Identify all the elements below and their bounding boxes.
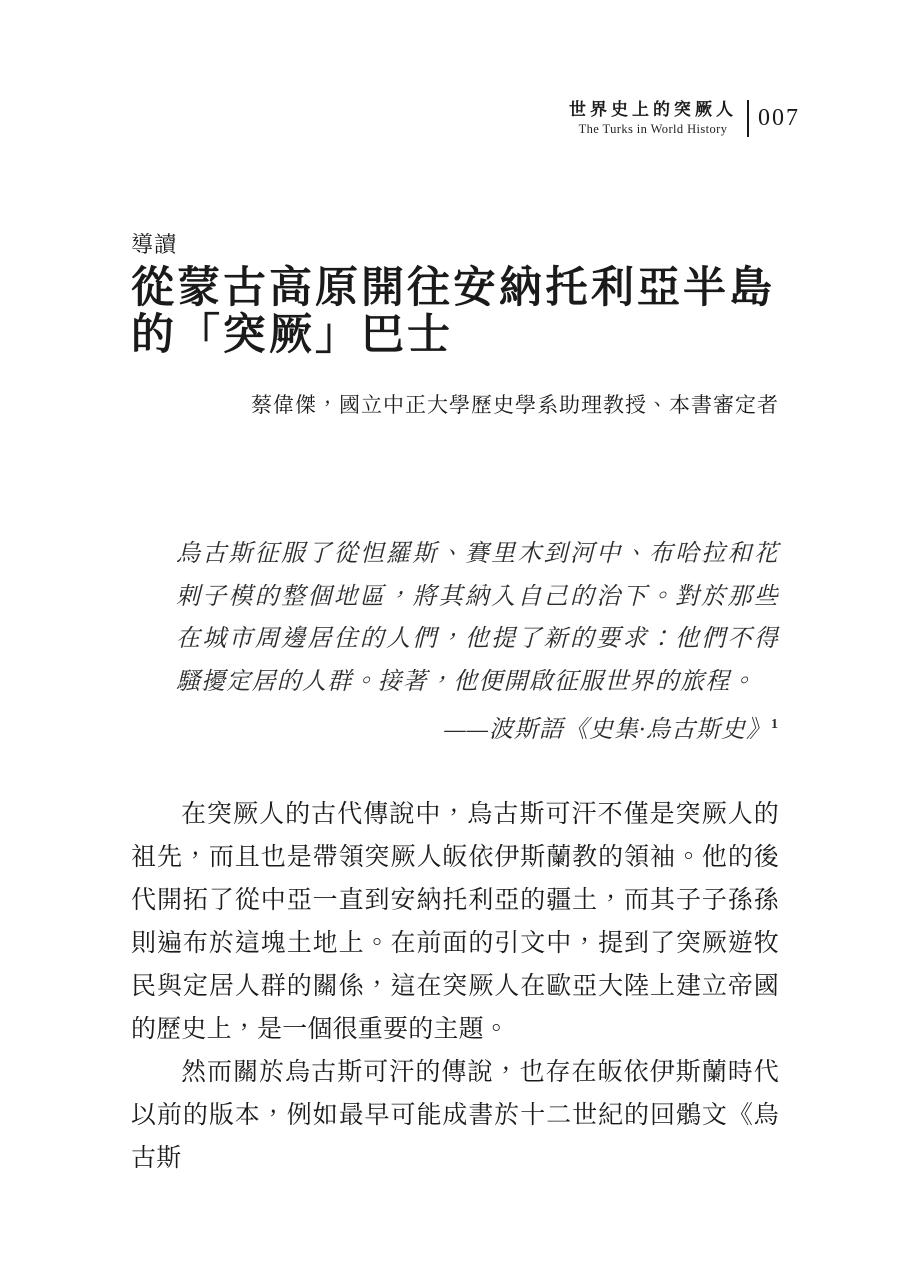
page-content: 導讀 從蒙古高原開往安納托利亞半島 的「突厥」巴士 蔡偉傑，國立中正大學歷史學系…: [131, 0, 779, 1276]
chapter-title-line-1: 從蒙古高原開往安納托利亞半島: [131, 265, 779, 312]
epigraph-text: 烏古斯征服了從怛羅斯、賽里木到河中、布哈拉和花剌子模的整個地區，將其納入自己的治…: [176, 533, 779, 703]
footnote-marker: 1: [771, 717, 779, 732]
paragraph-1: 在突厥人的古代傳說中，烏古斯可汗不僅是突厥人的祖先，而且也是帶領突厥人皈依伊斯蘭…: [131, 793, 779, 1051]
epigraph: 烏古斯征服了從怛羅斯、賽里木到河中、布哈拉和花剌子模的整個地區，將其納入自己的治…: [176, 533, 779, 744]
body-copy: 在突厥人的古代傳說中，烏古斯可汗不僅是突厥人的祖先，而且也是帶領突厥人皈依伊斯蘭…: [131, 793, 779, 1180]
book-page: 世界史上的突厥人 The Turks in World History 007 …: [0, 0, 910, 1276]
section-label: 導讀: [131, 228, 177, 259]
paragraph-2: 然而關於烏古斯可汗的傳說，也存在皈依伊斯蘭時代以前的版本，例如最早可能成書於十二…: [131, 1051, 779, 1180]
chapter-title-line-2: 的「突厥」巴士: [131, 312, 779, 359]
epigraph-attribution: ——波斯語《史集·烏古斯史》1: [176, 709, 779, 744]
author-credit: 蔡偉傑，國立中正大學歷史學系助理教授、本書審定者: [251, 389, 779, 419]
epigraph-source: ——波斯語《史集·烏古斯史》: [444, 717, 771, 743]
chapter-title: 從蒙古高原開往安納托利亞半島 的「突厥」巴士: [131, 265, 779, 359]
